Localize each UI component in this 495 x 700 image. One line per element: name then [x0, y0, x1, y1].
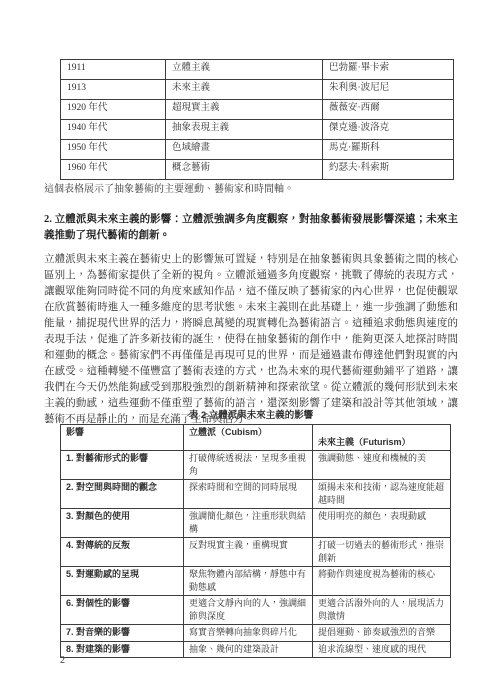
movement-cell: 概念藝術: [166, 160, 323, 180]
influence-label-cell: 6. 對個性的影響: [61, 596, 184, 625]
cubism-cell: 寫實音樂轉向抽象與碎片化: [184, 625, 313, 642]
futurism-cell: 使用明亮的顏色，表現動感: [313, 509, 451, 538]
table1-caption: 這個表格展示了抽象藝術的主要運動、藝術家和時間軸。: [44, 183, 456, 196]
cubism-cell: 打破傳統透視法，呈現多重視角: [184, 451, 313, 480]
table-row: 5. 對運動感的呈現 聚焦物體內部結構，靜態中有動態感 將動作與速度視為藝術的核…: [61, 567, 451, 596]
futurism-cell: 提倡運動、節奏感強烈的音樂: [313, 625, 451, 642]
artist-cell: 馬克·羅斯科: [323, 140, 454, 160]
table-row: 1911 立體主義 巴勃羅·畢卡索: [61, 60, 454, 80]
table-row: 7. 對音樂的影響 寫實音樂轉向抽象與碎片化 提倡運動、節奏感強烈的音樂: [61, 625, 451, 642]
artist-cell: 約瑟夫·科索斯: [323, 160, 454, 180]
influence-label-cell: 8. 對建築的影響: [61, 641, 184, 658]
body-paragraph: 立體派與未來主義在藝術史上的影響無可置疑，特別是在抽象藝術與具象藝術之間的核心區…: [44, 252, 458, 428]
futurism-cell: 更適合活潑外向的人，展現活力與激情: [313, 596, 451, 625]
cubism-cell: 更適合文靜內向的人，強調細節與深度: [184, 596, 313, 625]
table-row: 1920 年代 超現實主義 薇薇安·西爾: [61, 100, 454, 120]
table-row: 1913 未來主義 朱利奧·波尼尼: [61, 80, 454, 100]
movement-cell: 超現實主義: [166, 100, 323, 120]
year-cell: 1913: [61, 80, 166, 100]
influence-label-cell: 5. 對運動感的呈現: [61, 567, 184, 596]
page-number: 2: [60, 655, 65, 666]
futurism-cell: 將動作與速度視為藝術的核心: [313, 567, 451, 596]
table-row: 2. 對空間與時間的觀念 探索時間和空間的同時展現 頌揚未來和技術，認為速度能超…: [61, 480, 451, 509]
cubism-cell: 反對現實主義，重構現實: [184, 538, 313, 567]
futurism-cell: 頌揚未來和技術，認為速度能超越時間: [313, 480, 451, 509]
movement-cell: 未來主義: [166, 80, 323, 100]
influence-label-cell: 4. 對傳統的反叛: [61, 538, 184, 567]
influence-table: 影響 立體派（Cubism） 未來主義（Futurism） 1. 對藝術形式的影…: [60, 424, 451, 658]
cubism-cell: 強調簡化顏色，注重形狀與結構: [184, 509, 313, 538]
movement-cell: 色域繪畫: [166, 140, 323, 160]
table-row: 1. 對藝術形式的影響 打破傳統透視法，呈現多重視角 強調動態、速度和機械的美: [61, 451, 451, 480]
movement-cell: 抽象表現主義: [166, 120, 323, 140]
artist-cell: 傑克遜·波洛克: [323, 120, 454, 140]
movement-cell: 立體主義: [166, 60, 323, 80]
header-cell-futurism: 未來主義（Futurism）: [313, 425, 451, 451]
table-row: 8. 對建築的影響 抽象、幾何的建築設計 追求流線型、速度感的現代: [61, 641, 451, 658]
artist-cell: 朱利奧·波尼尼: [323, 80, 454, 100]
influence-label-cell: 7. 對音樂的影響: [61, 625, 184, 642]
table-row: 4. 對傳統的反叛 反對現實主義，重構現實 打破一切過去的藝術形式，推崇創新: [61, 538, 451, 567]
artist-cell: 巴勃羅·畢卡索: [323, 60, 454, 80]
cubism-cell: 聚焦物體內部結構，靜態中有動態感: [184, 567, 313, 596]
cubism-cell: 抽象、幾何的建築設計: [184, 641, 313, 658]
year-cell: 1920 年代: [61, 100, 166, 120]
section2-heading: 2. 立體派與未來主義的影響：立體派強調多角度觀察，對抽象藝術發展影響深遠；未來…: [44, 212, 458, 243]
table-header-row: 影響 立體派（Cubism） 未來主義（Futurism）: [61, 425, 451, 451]
influence-label-cell: 2. 對空間與時間的觀念: [61, 480, 184, 509]
artist-cell: 薇薇安·西爾: [323, 100, 454, 120]
futurism-cell: 強調動態、速度和機械的美: [313, 451, 451, 480]
futurism-cell: 打破一切過去的藝術形式，推崇創新: [313, 538, 451, 567]
table-row: 3. 對顏色的使用 強調簡化顏色，注重形狀與結構 使用明亮的顏色，表現動感: [61, 509, 451, 538]
header-cell-influence: 影響: [61, 425, 184, 451]
influence-label-cell: 1. 對藝術形式的影響: [61, 451, 184, 480]
influence-label-cell: 3. 對顏色的使用: [61, 509, 184, 538]
table-row: 1940 年代 抽象表現主義 傑克遜·波洛克: [61, 120, 454, 140]
document-page: 1911 立體主義 巴勃羅·畢卡索 1913 未來主義 朱利奧·波尼尼 1920…: [0, 0, 495, 700]
table-row: 1960 年代 概念藝術 約瑟夫·科索斯: [61, 160, 454, 180]
year-cell: 1940 年代: [61, 120, 166, 140]
table2-caption: 表 2 立體派與未來主義的影響: [44, 407, 458, 421]
timeline-table: 1911 立體主義 巴勃羅·畢卡索 1913 未來主義 朱利奧·波尼尼 1920…: [60, 59, 454, 180]
year-cell: 1911: [61, 60, 166, 80]
table-row: 1950 年代 色域繪畫 馬克·羅斯科: [61, 140, 454, 160]
cubism-cell: 探索時間和空間的同時展現: [184, 480, 313, 509]
table-row: 6. 對個性的影響 更適合文靜內向的人，強調細節與深度 更適合活潑外向的人，展現…: [61, 596, 451, 625]
year-cell: 1960 年代: [61, 160, 166, 180]
header-cell-cubism: 立體派（Cubism）: [184, 425, 313, 451]
futurism-cell: 追求流線型、速度感的現代: [313, 641, 451, 658]
year-cell: 1950 年代: [61, 140, 166, 160]
